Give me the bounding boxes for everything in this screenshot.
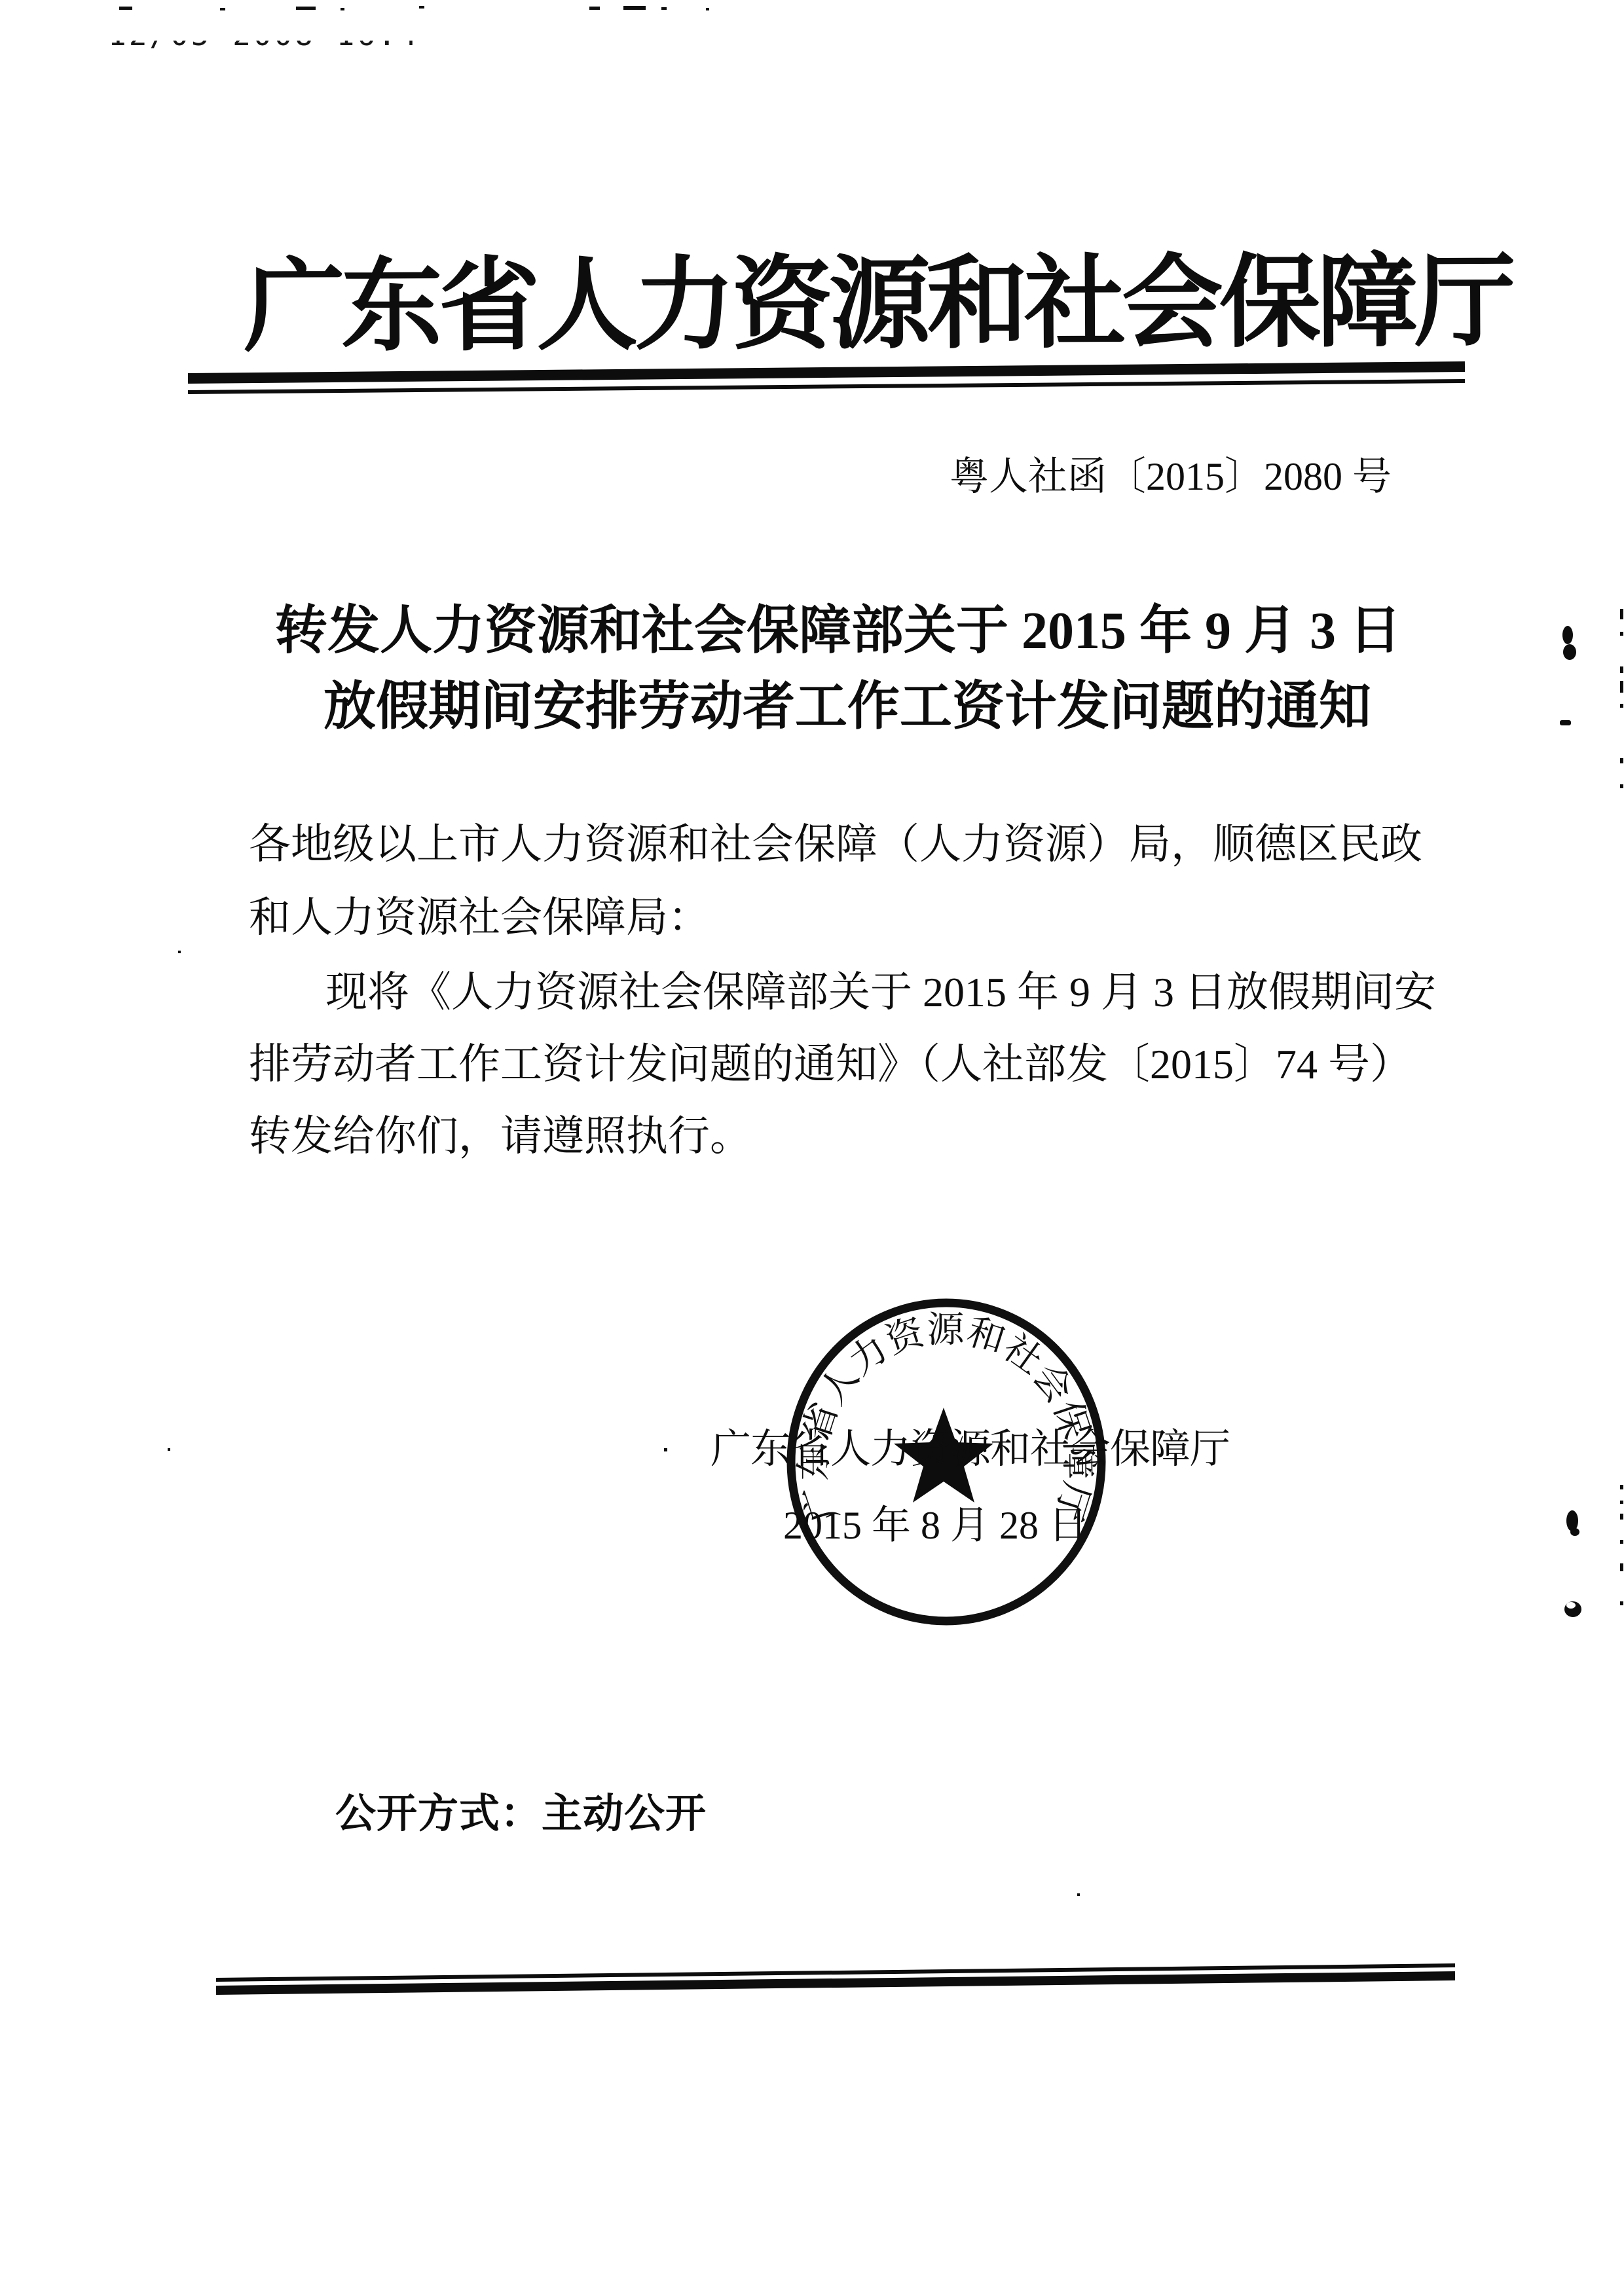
scan-noise-top [119, 6, 709, 10]
rules-and-noise-layer [0, 0, 1624, 2296]
header-rule-thin [188, 381, 1465, 392]
scan-noise-right [1560, 609, 1623, 1617]
scan-noise-dots [168, 951, 1080, 1896]
header-rule-thick [188, 367, 1465, 378]
scanned-document-page: 12/05 2008 16:45 广东省人力资源和社会保障厅 粤人社函〔2015… [0, 0, 1624, 2296]
